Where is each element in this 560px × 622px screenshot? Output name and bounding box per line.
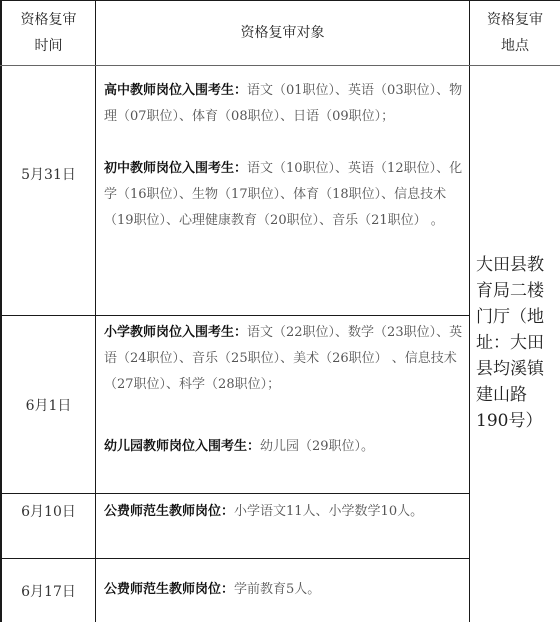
row-subjects-3: 公费师范生教师岗位：小学语文11人、小学数学10人。: [96, 494, 469, 558]
group-high-school: 高中教师岗位入围考生：语文（01职位）、英语（03职位）、物理（07职位）、体育…: [104, 78, 463, 130]
header-location-line1: 资格复审: [487, 7, 543, 33]
row-date-3: 6月10日: [2, 494, 95, 558]
date-label: 6月17日: [21, 581, 76, 601]
row-date-4: 6月17日: [2, 559, 95, 622]
location-cell: 大田县教 育局二楼 门厅（地 址：大田 县均溪镇 建山路 190号）: [470, 252, 560, 434]
row-subjects-4: 公费师范生教师岗位：学前教育5人。: [96, 559, 469, 622]
group-kindergarten: 幼儿园教师岗位入围考生：幼儿园（29职位）。: [104, 434, 463, 460]
date-label: 6月1日: [26, 395, 72, 415]
location-line: 县均溪镇: [476, 356, 560, 382]
location-line: 建山路: [476, 382, 560, 408]
location-line: 门厅（地: [476, 304, 560, 330]
group-text: 小学语文11人、小学数学10人。: [234, 504, 423, 519]
location-line: 育局二楼: [476, 278, 560, 304]
group-label: 幼儿园教师岗位入围考生：: [104, 439, 260, 454]
header-time: 资格复审 时间: [2, 1, 95, 65]
group-label: 公费师范生教师岗位：: [104, 504, 234, 519]
row-date-1: 5月31日: [2, 66, 95, 282]
group-middle-school: 初中教师岗位入围考生：语文（10职位）、英语（12职位）、化学（16职位）、生物…: [104, 156, 463, 234]
group-funded-normal-2: 公费师范生教师岗位：学前教育5人。: [104, 577, 463, 603]
row-subjects-1: 高中教师岗位入围考生：语文（01职位）、英语（03职位）、物理（07职位）、体育…: [96, 66, 469, 315]
header-time-line1: 资格复审: [21, 7, 77, 33]
row-date-2: 6月1日: [2, 316, 95, 493]
group-funded-normal-1: 公费师范生教师岗位：小学语文11人、小学数学10人。: [104, 499, 463, 525]
group-text: 学前教育5人。: [234, 582, 320, 597]
header-location-line2: 地点: [501, 33, 529, 59]
group-label: 初中教师岗位入围考生：: [104, 161, 247, 176]
row-subjects-2: 小学教师岗位入围考生：语文（22职位）、数学（23职位）、英语（24职位）、音乐…: [96, 316, 469, 493]
date-label: 5月31日: [21, 164, 76, 184]
group-label: 小学教师岗位入围考生：: [104, 325, 247, 340]
location-line: 址：大田: [476, 330, 560, 356]
group-text: 幼儿园（29职位）。: [260, 439, 374, 454]
group-primary-school: 小学教师岗位入围考生：语文（22职位）、数学（23职位）、英语（24职位）、音乐…: [104, 320, 463, 398]
header-subjects-label: 资格复审对象: [241, 20, 325, 46]
location-line: 大田县教: [476, 252, 560, 278]
header-location: 资格复审 地点: [470, 1, 560, 65]
header-time-line2: 时间: [35, 33, 63, 59]
date-label: 6月10日: [21, 504, 76, 520]
group-label: 高中教师岗位入围考生：: [104, 83, 247, 98]
header-subjects: 资格复审对象: [96, 1, 469, 65]
location-line: 190号）: [476, 408, 560, 434]
group-label: 公费师范生教师岗位：: [104, 582, 234, 597]
